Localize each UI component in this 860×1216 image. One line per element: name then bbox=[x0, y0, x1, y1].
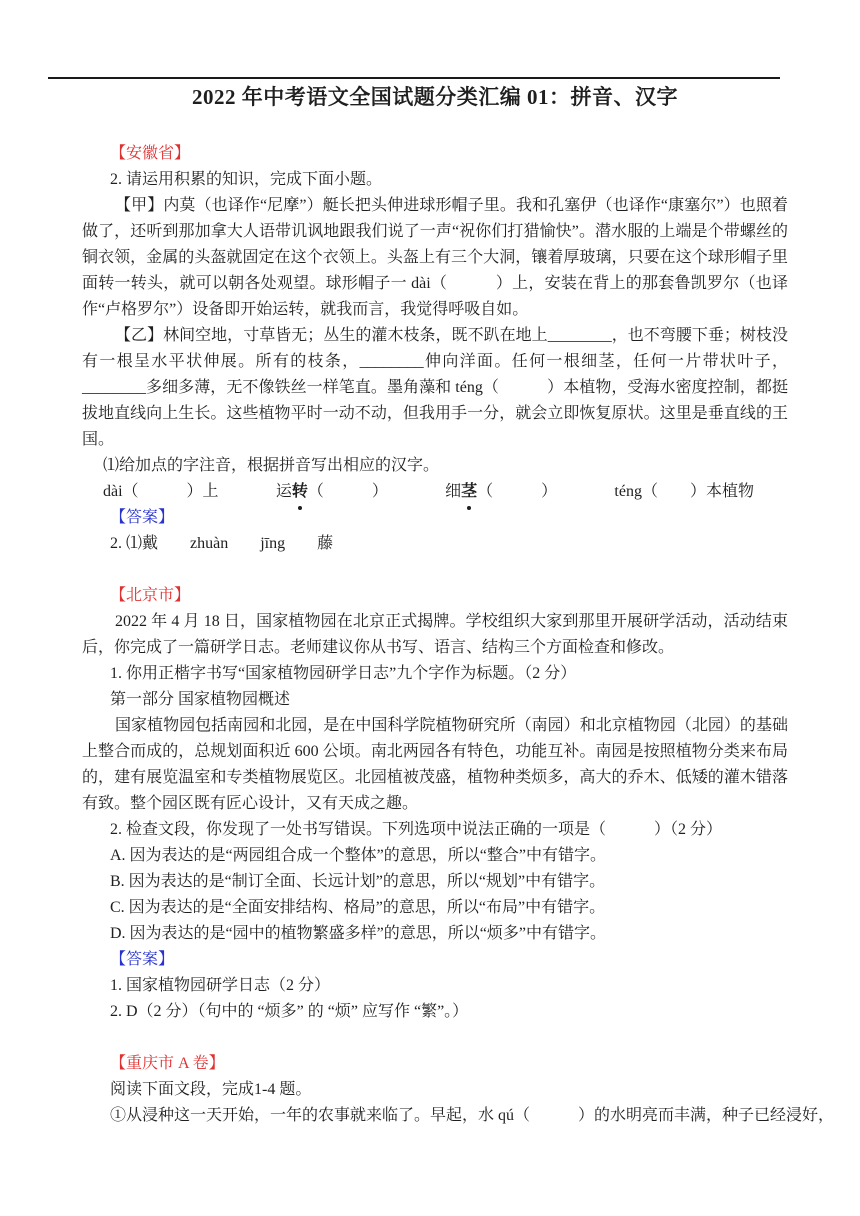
beijing-question-2: 2. 检查文段，你发现了一处书写错误。下列选项中说法正确的一项是（ ）（2 分） bbox=[82, 817, 788, 843]
pinyin-item-text: （ ） bbox=[477, 483, 557, 500]
section-chongqing: 【重庆市 A 卷】 阅读下面文段，完成1-4 题。 ①从浸种这一天开始，一年的农… bbox=[82, 1051, 788, 1129]
pinyin-blank-row: dài（ ）上 运转（ ） 细茎（ ） téng（ ）本植物 bbox=[82, 479, 788, 505]
beijing-answer-header: 【答案】 bbox=[82, 947, 788, 973]
beijing-question-1: 1. 你用正楷字书写“国家植物园研学日志”九个字作为标题。（2 分） bbox=[82, 661, 788, 687]
anhui-passage-jia: 【甲】内莫（也译作“尼摩”）艇长把头伸进球形帽子里。我和孔塞伊（也译作“康塞尔”… bbox=[82, 193, 788, 323]
pinyin-item-teng: téng（ ）本植物 bbox=[614, 479, 754, 505]
anhui-passage-yi: 【乙】林间空地，寸草皆无；丛生的灌木枝条，既不趴在地上________，也不弯腰… bbox=[82, 323, 788, 453]
beijing-intro-paragraph: 2022 年 4 月 18 日，国家植物园在北京正式揭牌。学校组织大家到那里开展… bbox=[82, 609, 788, 661]
choice-option-d: D. 因为表达的是“园中的植物繁盛多样”的意思，所以“烦多”中有错字。 bbox=[82, 921, 788, 947]
header-rule bbox=[48, 77, 780, 79]
anhui-question-intro: 2. 请运用积累的知识，完成下面小题。 bbox=[82, 167, 788, 193]
section-header-chongqing: 【重庆市 A 卷】 bbox=[82, 1051, 788, 1077]
emphasized-char: 茎 bbox=[461, 479, 477, 505]
chongqing-passage-line: ①从浸种这一天开始，一年的农事就来临了。早起，水 qú（ ）的水明亮而丰满，种子… bbox=[82, 1103, 788, 1129]
anhui-answer-header: 【答案】 bbox=[82, 505, 788, 531]
beijing-answer-2: 2. D（2 分）（句中的 “烦多” 的 “烦” 应写作 “繁”。） bbox=[82, 999, 788, 1025]
choice-option-b: B. 因为表达的是“制订全面、长远计划”的意思，所以“规划”中有错字。 bbox=[82, 869, 788, 895]
pinyin-item-text: 运 bbox=[276, 483, 292, 500]
pinyin-item-text: téng（ ） bbox=[614, 483, 706, 500]
pinyin-item-dai: dài（ ）上 bbox=[103, 479, 219, 505]
choice-option-a: A. 因为表达的是“两园组合成一个整体”的意思，所以“整合”中有错字。 bbox=[82, 843, 788, 869]
section-anhui: 【安徽省】 2. 请运用积累的知识，完成下面小题。 【甲】内莫（也译作“尼摩”）… bbox=[82, 141, 788, 557]
beijing-answer-1: 1. 国家植物园研学日志（2 分） bbox=[82, 973, 788, 999]
beijing-overview-paragraph: 国家植物园包括南园和北园，是在中国科学院植物研究所（南园）和北京植物园（北园）的… bbox=[82, 713, 788, 817]
anhui-sub-question: ⑴给加点的字注音，根据拼音写出相应的汉字。 bbox=[82, 453, 788, 479]
pinyin-item-jing: 细茎（ ） bbox=[445, 479, 557, 505]
pinyin-item-text: dài（ ）上 bbox=[103, 483, 219, 500]
section-header-beijing: 【北京市】 bbox=[82, 583, 788, 609]
emphasized-char: 转 bbox=[292, 479, 308, 505]
section-header-anhui: 【安徽省】 bbox=[82, 141, 788, 167]
pinyin-item-text: （ ） bbox=[308, 483, 388, 500]
pinyin-item-text: 细 bbox=[445, 483, 461, 500]
document-page: 2022 年中考语文全国试题分类汇编 01：拼音、汉字 【安徽省】 2. 请运用… bbox=[0, 0, 860, 1216]
chongqing-intro: 阅读下面文段，完成1-4 题。 bbox=[82, 1077, 788, 1103]
pinyin-item-text: 本植物 bbox=[706, 483, 754, 500]
choice-option-c: C. 因为表达的是“全面安排结构、格局”的意思，所以“布局”中有错字。 bbox=[82, 895, 788, 921]
anhui-answer-line: 2. ⑴戴 zhuàn jīng 藤 bbox=[82, 531, 788, 557]
pinyin-item-zhuan: 运转（ ） bbox=[276, 479, 388, 505]
page-title: 2022 年中考语文全国试题分类汇编 01：拼音、汉字 bbox=[82, 81, 788, 113]
beijing-part-title: 第一部分 国家植物园概述 bbox=[82, 687, 788, 713]
section-beijing: 【北京市】 2022 年 4 月 18 日，国家植物园在北京正式揭牌。学校组织大… bbox=[82, 583, 788, 1025]
